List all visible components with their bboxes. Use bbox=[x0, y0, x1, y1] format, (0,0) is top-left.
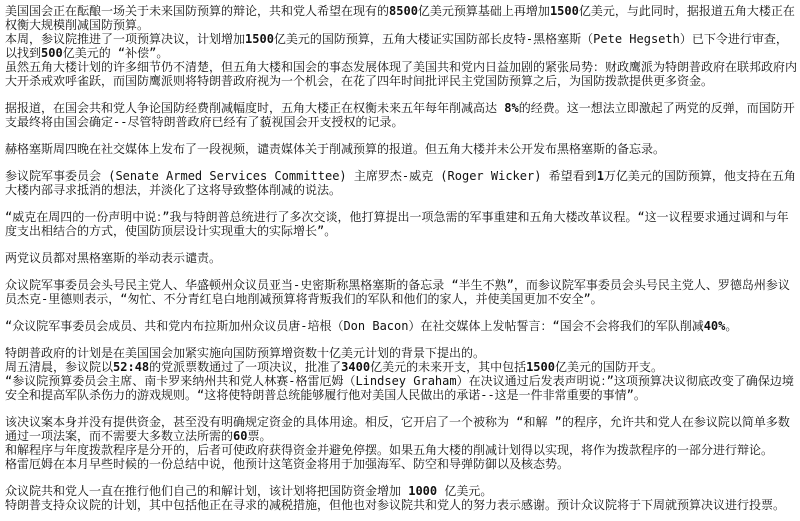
paragraph: 特朗普政府的计划是在美国国会加紧实施向国防预算增资数十亿美元计划的背景下提出的。 bbox=[5, 346, 797, 360]
paragraph-block: 赫格塞斯周四晚在社交媒体上发布了一段视频，谴责媒体关于削减预算的报道。但五角大楼… bbox=[5, 142, 797, 156]
paragraph: 该决议案本身并没有提供资金，甚至没有明确规定资金的具体用途。相反，它开启了一个被… bbox=[5, 415, 797, 443]
paragraph: 虽然五角大楼计划的许多细节仍不清楚，但五角大楼和国会的事态发展体现了美国共和党内… bbox=[5, 60, 797, 88]
paragraph-block: 众议院军事委员会头号民主党人、华盛顿州众议员亚当-史密斯称黑格塞斯的备忘录 “半… bbox=[5, 278, 797, 306]
paragraph-block: 特朗普政府的计划是在美国国会加紧实施向国防预算增资数十亿美元计划的背景下提出的。… bbox=[5, 346, 797, 402]
paragraph-block: 两党议员都对黑格塞斯的举动表示谴责。 bbox=[5, 251, 797, 265]
paragraph: 两党议员都对黑格塞斯的举动表示谴责。 bbox=[5, 251, 797, 265]
paragraph-block: 美国国会正在酝酿一场关于未来国防预算的辩论，共和党人希望在现有的8500亿美元预… bbox=[5, 4, 797, 88]
paragraph: 据报道，在国会共和党人争论国防经费削减幅度时，五角大楼正在权衡未来五年每年削减高… bbox=[5, 101, 797, 129]
paragraph-block: “众议院军事委员会成员、共和党内布拉斯加州众议员唐-培根（Don Bacon）在… bbox=[5, 319, 797, 333]
paragraph: 和解程序与年度拨款程序是分开的，后者可使政府获得资金并避免停摆。如果五角大楼的削… bbox=[5, 443, 797, 457]
paragraph: “威克在周四的一份声明中说：”我与特朗普总统进行了多次交谈，他打算提出一项急需的… bbox=[5, 210, 797, 238]
paragraph: 周五清晨，参议院以52:48的党派票数通过了一项决议，批准了3400亿美元的未来… bbox=[5, 360, 797, 374]
paragraph-block: 众议院共和党人一直在推行他们自己的和解计划，该计划将把国防资金增加 1000 亿… bbox=[5, 484, 797, 512]
paragraph: 本周，参议院推进了一项预算决议，计划增加1500亿美元的国防预算，五角大楼证实国… bbox=[5, 32, 797, 60]
paragraph-block: 该决议案本身并没有提供资金，甚至没有明确规定资金的具体用途。相反，它开启了一个被… bbox=[5, 415, 797, 471]
paragraph-block: “威克在周四的一份声明中说：”我与特朗普总统进行了多次交谈，他打算提出一项急需的… bbox=[5, 210, 797, 238]
paragraph: 格雷厄姆在本月早些时候的一份总结中说，他预计这笔资金将用于加强海军、防空和导弹防… bbox=[5, 457, 797, 471]
paragraph: 众议院军事委员会头号民主党人、华盛顿州众议员亚当-史密斯称黑格塞斯的备忘录 “半… bbox=[5, 278, 797, 306]
paragraph-block: 据报道，在国会共和党人争论国防经费削减幅度时，五角大楼正在权衡未来五年每年削减高… bbox=[5, 101, 797, 129]
paragraph: 特朗普支持众议院的计划，其中包括他正在寻求的减税措施，但他也对参议院共和党人的努… bbox=[5, 498, 797, 512]
paragraph: “参议院预算委员会主席、南卡罗来纳州共和党人林赛-格雷厄姆（Lindsey Gr… bbox=[5, 374, 797, 402]
paragraph: 赫格塞斯周四晚在社交媒体上发布了一段视频，谴责媒体关于削减预算的报道。但五角大楼… bbox=[5, 142, 797, 156]
article-body: 美国国会正在酝酿一场关于未来国防预算的辩论，共和党人希望在现有的8500亿美元预… bbox=[0, 0, 800, 512]
paragraph: “众议院军事委员会成员、共和党内布拉斯加州众议员唐-培根（Don Bacon）在… bbox=[5, 319, 797, 333]
paragraph: 众议院共和党人一直在推行他们自己的和解计划，该计划将把国防资金增加 1000 亿… bbox=[5, 484, 797, 498]
paragraph: 美国国会正在酝酿一场关于未来国防预算的辩论，共和党人希望在现有的8500亿美元预… bbox=[5, 4, 797, 32]
paragraph-block: 参议院军事委员会 (Senate Armed Services Committe… bbox=[5, 169, 797, 197]
paragraph: 参议院军事委员会 (Senate Armed Services Committe… bbox=[5, 169, 797, 197]
